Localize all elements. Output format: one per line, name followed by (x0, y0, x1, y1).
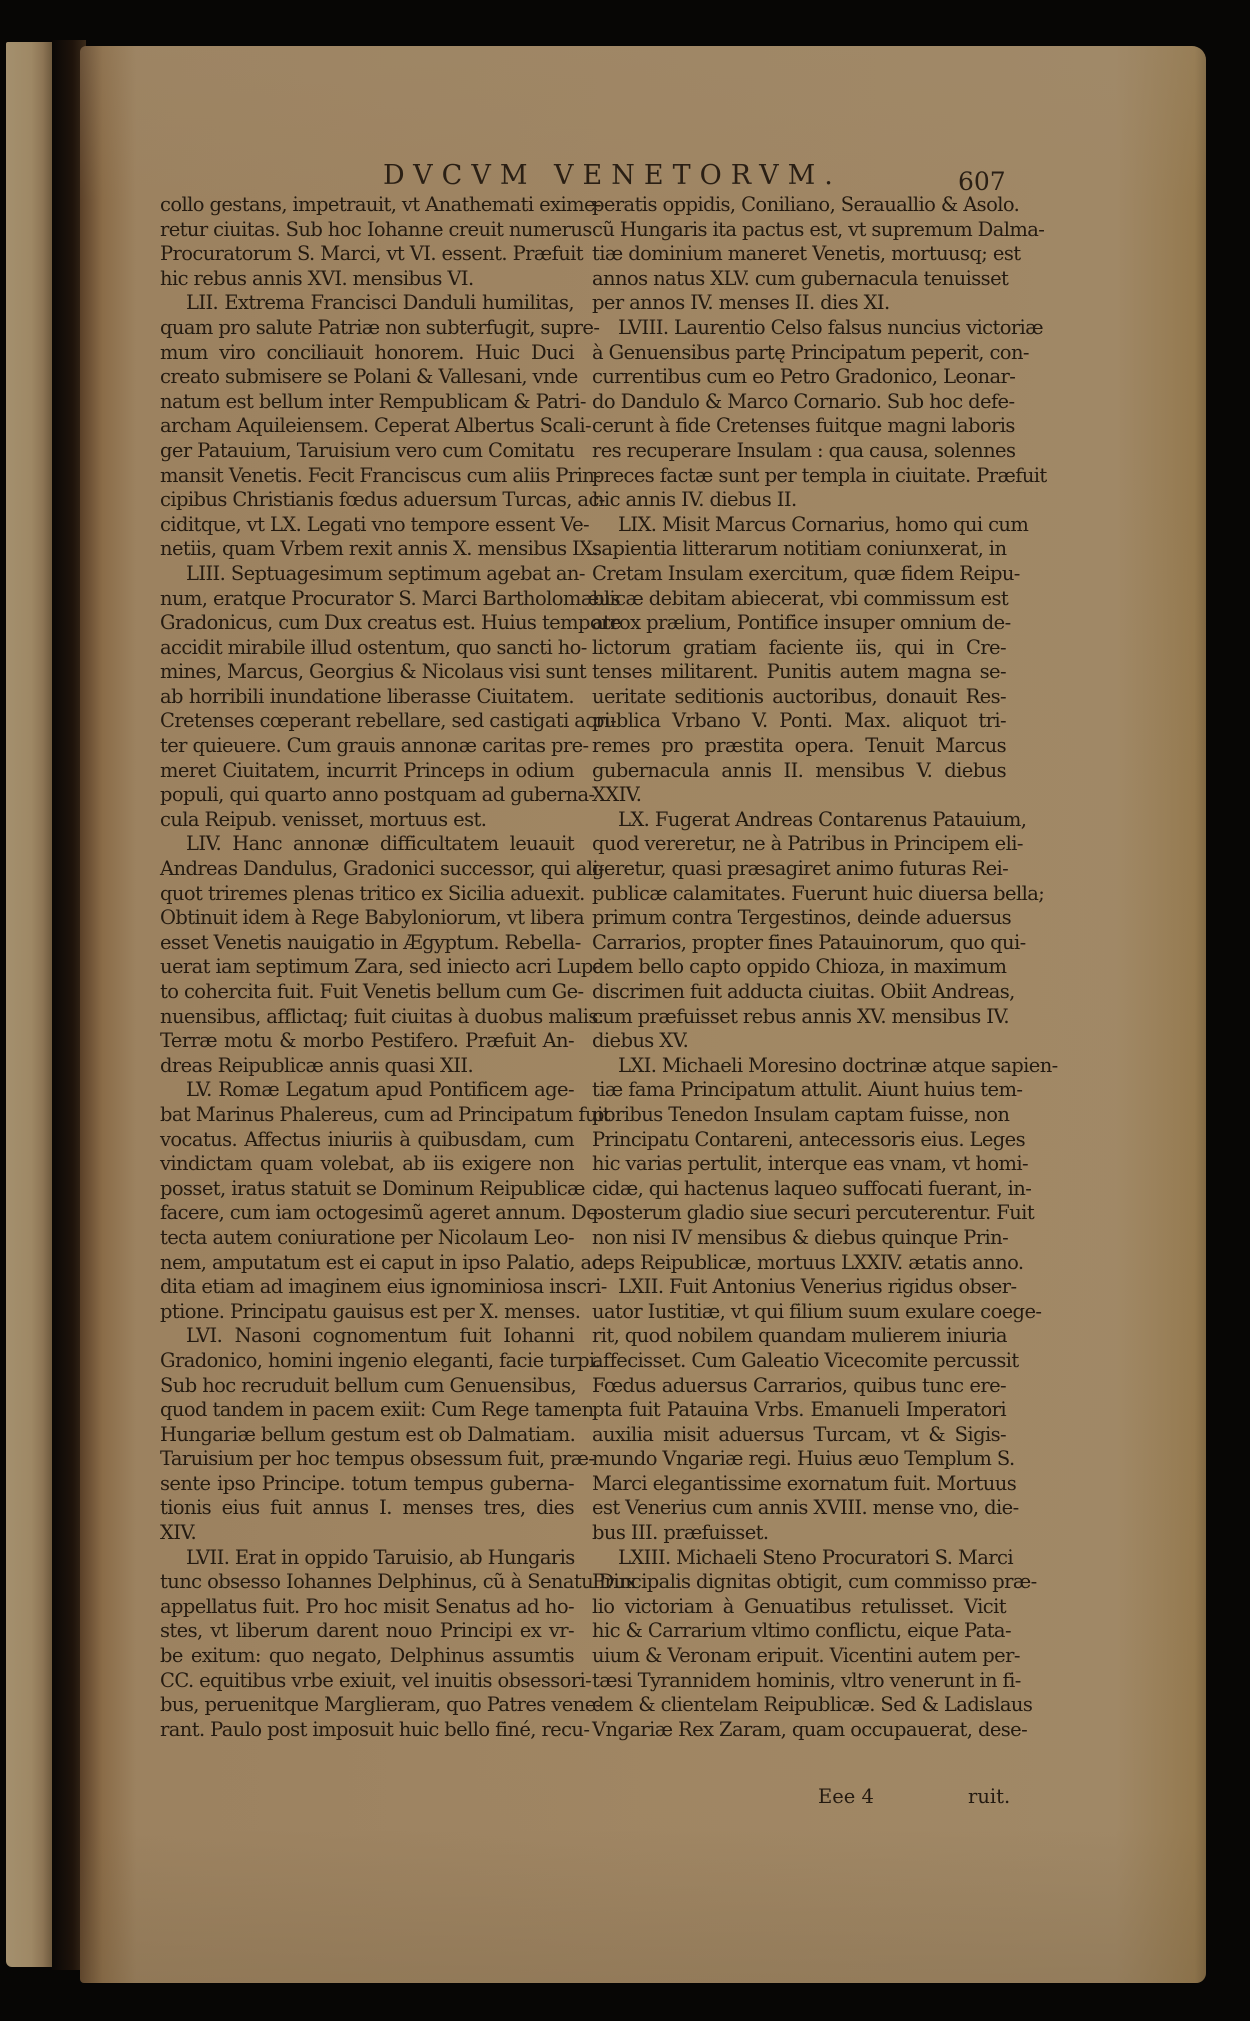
text-line: collo gestans, impetrauit, vt Anathemati… (160, 193, 574, 218)
text-line: nem, amputatum est ei caput in ipso Pala… (160, 1251, 574, 1276)
text-line: à Genuensibus partę Principatum peperit,… (592, 341, 1006, 366)
text-line: tunc obsesso Iohannes Delphinus, cũ à Se… (160, 1570, 574, 1595)
text-line: blicæ debitam abiecerat, vbi commissum e… (592, 587, 1006, 612)
text-line: primum contra Tergestinos, deinde aduers… (592, 906, 1006, 931)
text-line: netiis, quam Vrbem rexit annis X. mensib… (160, 537, 574, 562)
text-line: LIX. Misit Marcus Cornarius, homo qui cu… (592, 513, 1006, 538)
text-line: CC. equitibus vrbe exiuit, vel inuitis o… (160, 1669, 574, 1694)
text-line: LIV. Hanc annonæ difficultatem leuauit (160, 832, 574, 857)
text-line: Carrarios, propter fines Patauinorum, qu… (592, 931, 1006, 956)
text-line: LXI. Michaeli Moresino doctrinæ atque sa… (592, 1054, 1006, 1079)
text-line: res recuperare Insulam : qua causa, sole… (592, 439, 1006, 464)
text-line: remes pro præstita opera. Tenuit Marcus (592, 734, 1006, 759)
text-line: cũ Hungaris ita pactus est, vt supremum … (592, 218, 1006, 243)
text-line: quod tandem in pacem exiit: Cum Rege tam… (160, 1398, 574, 1423)
text-line: dem bello capto oppido Chioza, in maximu… (592, 955, 1006, 980)
text-line: meret Ciuitatem, incurrit Princeps in od… (160, 759, 574, 784)
text-line: be exitum: quo negato, Delphinus assumti… (160, 1644, 574, 1669)
text-line: tenses militarent. Punitis autem magna s… (592, 660, 1006, 685)
text-line: rant. Paulo post imposuit huic bello fin… (160, 1718, 574, 1743)
text-line: vocatus. Affectus iniuriis à quibusdam, … (160, 1128, 574, 1153)
text-line: to cohercita fuit. Fuit Venetis bellum c… (160, 980, 574, 1005)
text-line: discrimen fuit adducta ciuitas. Obiit An… (592, 980, 1006, 1005)
text-line: LVIII. Laurentio Celso falsus nuncius vi… (592, 316, 1006, 341)
text-line: pta fuit Patauina Vrbs. Emanueli Imperat… (592, 1398, 1006, 1423)
text-line: LV. Romæ Legatum apud Pontificem age- (160, 1078, 574, 1103)
text-line: mundo Vngariæ regi. Huius æuo Templum S. (592, 1447, 1006, 1472)
text-line: cerunt à fide Cretenses fuitque magni la… (592, 414, 1006, 439)
text-line: LVI. Nasoni cognomentum fuit Iohanni (160, 1324, 574, 1349)
text-line: tæsi Tyrannidem hominis, vltro venerunt … (592, 1669, 1006, 1694)
text-line: annos natus XLV. cum gubernacula tenuiss… (592, 267, 1006, 292)
text-line: Fœdus aduersus Carrarios, quibus tunc er… (592, 1374, 1006, 1399)
text-line: cipibus Christianis fœdus aduersum Turca… (160, 488, 574, 513)
text-line: dreas Reipublicæ annis quasi XII. (160, 1054, 574, 1079)
text-line: LXIII. Michaeli Steno Procuratori S. Mar… (592, 1546, 1006, 1571)
text-line: retur ciuitas. Sub hoc Iohanne creuit nu… (160, 218, 574, 243)
text-line: tiæ dominium maneret Venetis, mortuusq; … (592, 242, 1006, 267)
text-line: ter quieuere. Cum grauis annonæ caritas … (160, 734, 574, 759)
text-line: per annos IV. menses II. dies XI. (592, 291, 1006, 316)
text-line: sente ipso Principe. totum tempus gubern… (160, 1472, 574, 1497)
text-line: ger Patauium, Taruisium vero cum Comitat… (160, 439, 574, 464)
signature-mark: Eee 4 (818, 1785, 874, 1808)
text-line: Vngariæ Rex Zaram, quam occupauerat, des… (592, 1718, 1006, 1743)
text-line: Terræ motu & morbo Pestifero. Præfuit An… (160, 1029, 574, 1054)
text-line: uator Iustitiæ, vt qui filium suum exula… (592, 1300, 1006, 1325)
text-line: populi, qui quarto anno postquam ad gube… (160, 783, 574, 808)
text-line: geretur, quasi præsagiret animo futuras … (592, 857, 1006, 882)
text-line: lictorum gratiam faciente iis, qui in Cr… (592, 636, 1006, 661)
text-line: sapientia litterarum notitiam coniunxera… (592, 537, 1006, 562)
text-line: poribus Tenedon Insulam captam fuisse, n… (592, 1103, 1006, 1128)
text-line: tecta autem coniuratione per Nicolaum Le… (160, 1226, 574, 1251)
text-line: ciditque, vt LX. Legati vno tempore esse… (160, 513, 574, 538)
text-line: LIII. Septuagesimum septimum agebat an- (160, 562, 574, 587)
text-line: ceps Reipublicæ, mortuus LXXIV. ætatis a… (592, 1251, 1006, 1276)
text-line: archam Aquileiensem. Ceperat Albertus Sc… (160, 414, 574, 439)
text-line: est Venerius cum annis XVIII. mense vno,… (592, 1496, 1006, 1521)
text-line: Gradonicus, cum Dux creatus est. Huius t… (160, 611, 574, 636)
text-line: posset, iratus statuit se Dominum Reipub… (160, 1177, 574, 1202)
text-line: Obtinuit idem à Rege Babyloniorum, vt li… (160, 906, 574, 931)
text-line: Hungariæ bellum gestum est ob Dalmatiam. (160, 1423, 574, 1448)
text-line: affecisset. Cum Galeatio Vicecomite perc… (592, 1349, 1006, 1374)
text-line: Cretenses cœperant rebellare, sed castig… (160, 709, 574, 734)
text-line: dita etiam ad imaginem eius ignominiosa … (160, 1275, 574, 1300)
text-line: publicæ calamitates. Fuerunt huic diuers… (592, 882, 1006, 907)
text-line: mansit Venetis. Fecit Franciscus cum ali… (160, 464, 574, 489)
text-line: peratis oppidis, Coniliano, Serauallio &… (592, 193, 1006, 218)
text-line: LXII. Fuit Antonius Venerius rigidus obs… (592, 1275, 1006, 1300)
text-line: creato submisere se Polani & Vallesani, … (160, 365, 574, 390)
text-line: do Dandulo & Marco Cornario. Sub hoc def… (592, 390, 1006, 415)
text-line: quam pro salute Patriæ non subterfugit, … (160, 316, 574, 341)
page-number: 607 (958, 167, 1006, 196)
text-line: vindictam quam volebat, ab iis exigere n… (160, 1152, 574, 1177)
text-line: gubernacula annis II. mensibus V. diebus (592, 759, 1006, 784)
text-line: hic annis IV. diebus II. (592, 488, 1006, 513)
text-line: rit, quod nobilem quandam mulierem iniur… (592, 1324, 1006, 1349)
text-line: Principalis dignitas obtigit, cum commis… (592, 1570, 1006, 1595)
text-line: bus, peruenitque Marglieram, quo Patres … (160, 1693, 574, 1718)
text-line: auxilia misit aduersus Turcam, vt & Sigi… (592, 1423, 1006, 1448)
text-line: tiæ fama Principatum attulit. Aiunt huiu… (592, 1078, 1006, 1103)
text-line: publica Vrbano V. Ponti. Max. aliquot tr… (592, 709, 1006, 734)
text-line: appellatus fuit. Pro hoc misit Senatus a… (160, 1595, 574, 1620)
text-line: stes, vt liberum darent nouo Principi ex… (160, 1619, 574, 1644)
text-line: lio victoriam à Genuatibus retulisset. V… (592, 1595, 1006, 1620)
text-line: LVII. Erat in oppido Taruisio, ab Hungar… (160, 1546, 574, 1571)
text-line: Sub hoc recruduit bellum cum Genuensibus… (160, 1374, 574, 1399)
right-text-column: peratis oppidis, Coniliano, Serauallio &… (592, 193, 1006, 1742)
text-line: facere, cum iam octogesimũ ageret annum.… (160, 1201, 574, 1226)
text-line: natum est bellum inter Rempublicam & Pat… (160, 390, 574, 415)
text-line: Cretam Insulam exercitum, quæ fidem Reip… (592, 562, 1006, 587)
text-line: esset Venetis nauigatio in Ægyptum. Rebe… (160, 931, 574, 956)
text-line: ab horribili inundatione liberasse Ciuit… (160, 685, 574, 710)
text-line: posterum gladio siue securi percuterentu… (592, 1201, 1006, 1226)
text-line: mines, Marcus, Georgius & Nicolaus visi … (160, 660, 574, 685)
text-line: Gradonico, homini ingenio eleganti, faci… (160, 1349, 574, 1374)
text-line: uium & Veronam eripuit. Vicentini autem … (592, 1644, 1006, 1669)
text-line: diebus XV. (592, 1029, 1006, 1054)
text-line: cidæ, qui hactenus laqueo suffocati fuer… (592, 1177, 1006, 1202)
text-line: uerat iam septimum Zara, sed iniecto acr… (160, 955, 574, 980)
text-line: dem & clientelam Reipublicæ. Sed & Ladis… (592, 1693, 1006, 1718)
text-line: XXIV. (592, 783, 1006, 808)
text-line: mum viro conciliauit honorem. Huic Duci (160, 341, 574, 366)
text-line: tionis eius fuit annus I. menses tres, d… (160, 1496, 574, 1521)
text-line: hic rebus annis XVI. mensibus VI. (160, 267, 574, 292)
text-line: accidit mirabile illud ostentum, quo san… (160, 636, 574, 661)
text-line: preces factæ sunt per templa in ciuitate… (592, 464, 1006, 489)
left-text-column: collo gestans, impetrauit, vt Anathemati… (160, 193, 574, 1742)
text-line: quot triremes plenas tritico ex Sicilia … (160, 882, 574, 907)
text-line: nuensibus, afflictaq; fuit ciuitas à duo… (160, 1005, 574, 1030)
text-line: non nisi IV mensibus & diebus quinque Pr… (592, 1226, 1006, 1251)
text-line: bat Marinus Phalereus, cum ad Principatu… (160, 1103, 574, 1128)
text-line: ueritate seditionis auctoribus, donauit … (592, 685, 1006, 710)
text-line: LII. Extrema Francisci Danduli humilitas… (160, 291, 574, 316)
facing-page-edge (6, 42, 52, 1967)
text-line: cum præfuisset rebus annis XV. mensibus … (592, 1005, 1006, 1030)
text-line: num, eratque Procurator S. Marci Barthol… (160, 587, 574, 612)
text-line: ptione. Principatu gauisus est per X. me… (160, 1300, 574, 1325)
text-line: Procuratorum S. Marci, vt VI. essent. Pr… (160, 242, 574, 267)
catchword: ruit. (968, 1785, 1010, 1808)
text-line: Marci elegantissime exornatum fuit. Mort… (592, 1472, 1006, 1497)
text-line: hic & Carrarium vltimo conflictu, eique … (592, 1619, 1006, 1644)
text-line: quod vereretur, ne à Patribus in Princip… (592, 832, 1006, 857)
text-line: Taruisium per hoc tempus obsessum fuit, … (160, 1447, 574, 1472)
running-head: DVCVM VENETORVM. (383, 160, 842, 191)
text-line: XIV. (160, 1521, 574, 1546)
text-line: Andreas Dandulus, Gradonici successor, q… (160, 857, 574, 882)
text-line: atrox prælium, Pontifice insuper omnium … (592, 611, 1006, 636)
text-line: LX. Fugerat Andreas Contarenus Patauium, (592, 808, 1006, 833)
text-line: currentibus cum eo Petro Gradonico, Leon… (592, 365, 1006, 390)
text-line: hic varias pertulit, interque eas vnam, … (592, 1152, 1006, 1177)
text-line: bus III. præfuisset. (592, 1521, 1006, 1546)
text-line: Principatu Contareni, antecessoris eius.… (592, 1128, 1006, 1153)
text-line: cula Reipub. venisset, mortuus est. (160, 808, 574, 833)
